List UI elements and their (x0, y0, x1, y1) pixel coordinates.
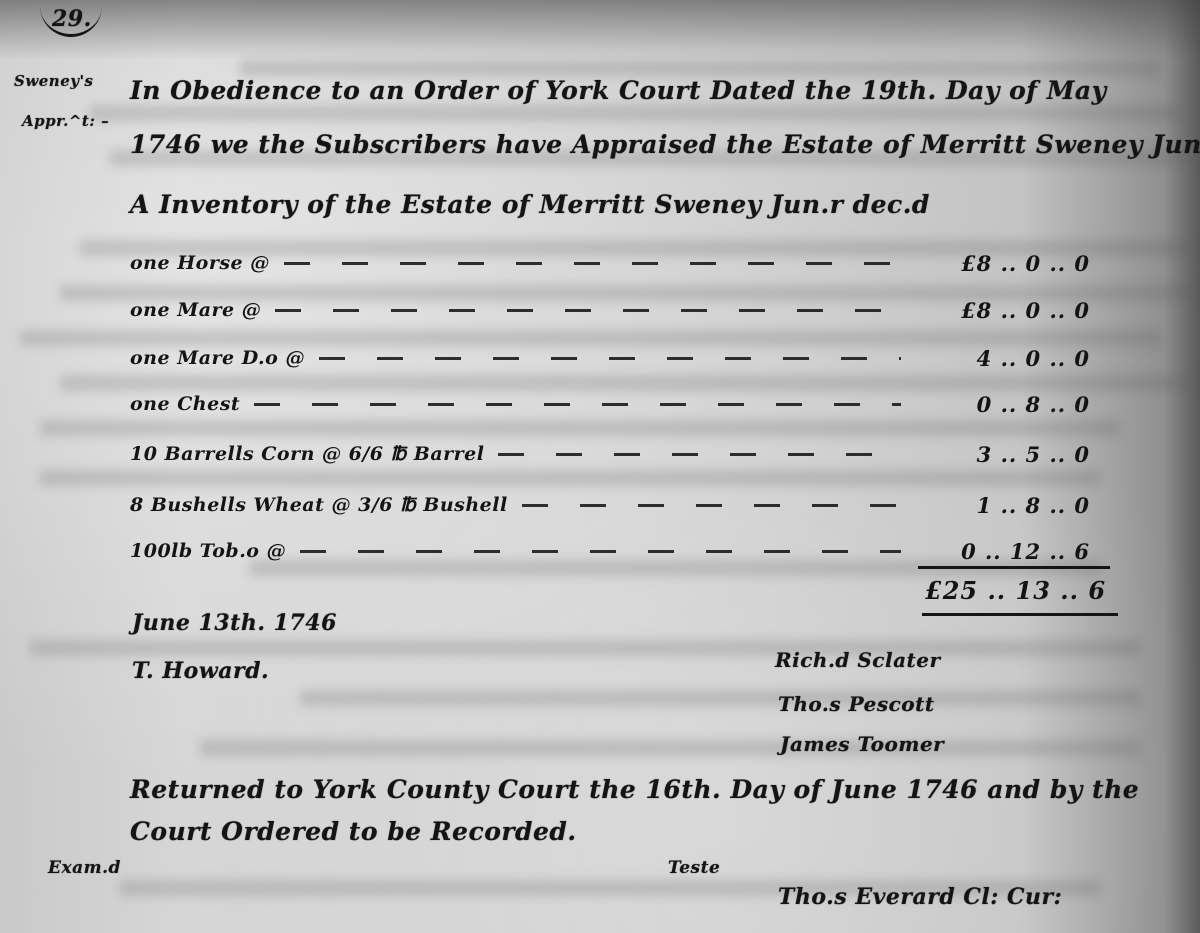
inventory-item: 100lb Tob.o @ 0 .. 12 .. 6 (130, 533, 1090, 569)
dash-leader (275, 309, 901, 312)
folio-number: 29. (40, 6, 102, 37)
clerk-initials: T. Howard. (132, 658, 269, 684)
return-statement-line-2: Court Ordered to be Recorded. (130, 817, 577, 846)
item-amount: 0 .. 8 .. 0 (915, 392, 1090, 417)
teste-label: Teste (668, 858, 720, 878)
item-amount: 1 .. 8 .. 0 (915, 493, 1090, 518)
inventory-item: 8 Bushells Wheat @ 3/6 ℔ Bushell 1 .. 8 … (130, 487, 1090, 523)
return-statement-line-1: Returned to York County Court the 16th. … (130, 775, 1139, 804)
appraisal-date: June 13th. 1746 (132, 610, 337, 636)
inventory-item: one Chest 0 .. 8 .. 0 (130, 386, 1090, 422)
inventory-item: 10 Barrells Corn @ 6/6 ℔ Barrel 3 .. 5 .… (130, 436, 1090, 472)
dash-leader (284, 262, 901, 265)
dash-leader (522, 504, 901, 507)
dash-leader (300, 550, 901, 553)
bleed-through-line (300, 690, 1140, 706)
bleed-through-line (40, 470, 1100, 486)
manuscript-page: 29. Sweney's Appr.^t: – In Obedience to … (0, 0, 1200, 933)
item-description: one Chest (130, 393, 240, 415)
item-amount: 4 .. 0 .. 0 (915, 346, 1090, 371)
item-amount: £8 .. 0 .. 0 (915, 251, 1090, 276)
inventory-item: one Mare @ £8 .. 0 .. 0 (130, 292, 1090, 328)
inventory-item: one Mare D.o @ 4 .. 0 .. 0 (130, 340, 1090, 376)
inventory-total: £25 .. 13 .. 6 (925, 576, 1106, 605)
bleed-through-line (40, 420, 1120, 436)
item-description: 8 Bushells Wheat @ 3/6 ℔ Bushell (130, 494, 508, 516)
margin-note-appraisement: Appr.^t: – (22, 112, 109, 130)
examined-note: Exam.d (48, 858, 121, 878)
item-description: 100lb Tob.o @ (130, 540, 286, 562)
item-description: one Mare D.o @ (130, 347, 305, 369)
bleed-through-line (240, 60, 1160, 76)
appraiser-signature: Tho.s Pescott (778, 692, 935, 716)
dash-leader (254, 403, 901, 406)
bleed-through-line (30, 640, 1140, 656)
appraiser-signature: Rich.d Sclater (775, 648, 941, 672)
bleed-through-line (90, 105, 1180, 121)
clerk-signature: Tho.s Everard Cl: Cur: (778, 884, 1062, 910)
total-underline (922, 613, 1118, 616)
bleed-through-line (200, 740, 1140, 756)
dash-leader (319, 357, 901, 360)
inventory-heading: A Inventory of the Estate of Merritt Swe… (130, 190, 930, 219)
item-amount: £8 .. 0 .. 0 (915, 298, 1090, 323)
item-amount: 0 .. 12 .. 6 (915, 539, 1090, 564)
inventory-item: one Horse @ £8 .. 0 .. 0 (130, 245, 1090, 281)
item-amount: 3 .. 5 .. 0 (915, 442, 1090, 467)
preamble-line-2: 1746 we the Subscribers have Appraised t… (130, 130, 1200, 159)
margin-note-name: Sweney's (14, 72, 94, 90)
sum-rule (918, 566, 1110, 569)
item-description: 10 Barrells Corn @ 6/6 ℔ Barrel (130, 443, 484, 465)
item-description: one Mare @ (130, 299, 261, 321)
preamble-line-1: In Obedience to an Order of York Court D… (130, 76, 1107, 105)
dash-leader (498, 453, 901, 456)
appraiser-signature: James Toomer (780, 732, 944, 756)
item-description: one Horse @ (130, 252, 270, 274)
